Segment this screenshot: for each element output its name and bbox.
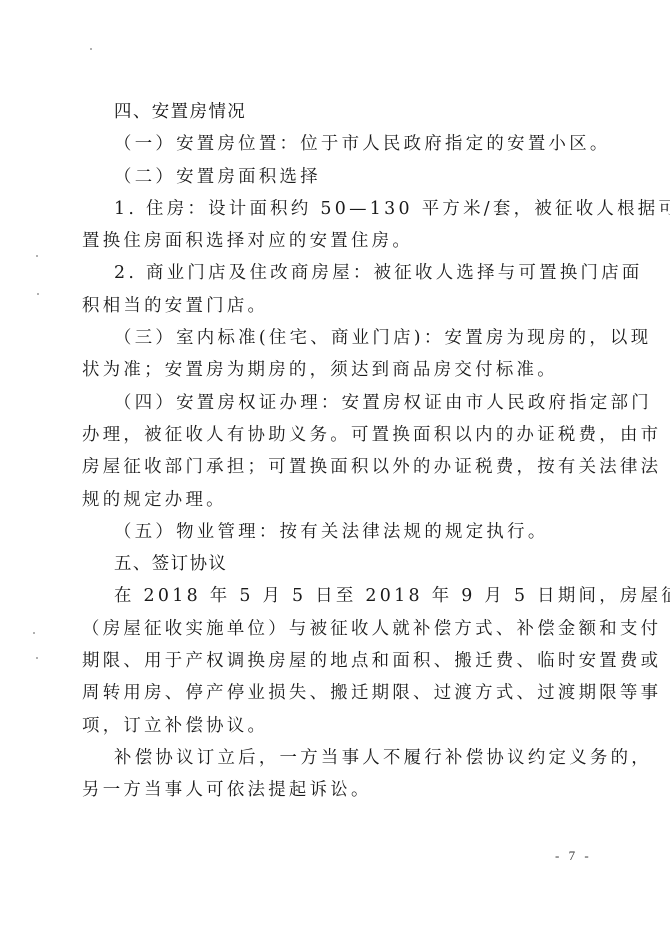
paragraph-agreement-line-1: 在 2018 年 5 月 5 日至 2018 年 9 月 5 日期间，房屋征收部…: [82, 580, 586, 612]
section-heading-agreement: 五、签订协议: [82, 548, 586, 580]
page-number: - 7 -: [555, 848, 592, 864]
paragraph-agreement-line-2: （房屋征收实施单位）与被征收人就补偿方式、补偿金额和支付: [82, 613, 586, 645]
paragraph-title-certificate-line-2: 办理，被征收人有协助义务。可置换面积以内的办证税费，由市: [82, 419, 586, 451]
section-heading-resettlement: 四、安置房情况: [82, 96, 586, 128]
scan-speck: [36, 255, 38, 257]
paragraph-title-certificate-line-3: 房屋征收部门承担；可置换面积以外的办证税费，按有关法律法: [82, 451, 586, 483]
paragraph-interior-standard-line-2: 状为准；安置房为期房的，须达到商品房交付标准。: [82, 354, 586, 386]
scan-speck: [33, 632, 35, 634]
paragraph-location: （一）安置房位置：位于市人民政府指定的安置小区。: [82, 128, 586, 160]
scan-speck: [37, 293, 39, 295]
paragraph-agreement-line-4: 周转用房、停产停业损失、搬迁期限、过渡方式、过渡期限等事: [82, 677, 586, 709]
paragraph-shops-line-1: 2. 商业门店及住改商房屋：被征收人选择与可置换门店面: [82, 257, 586, 289]
scan-speck: [36, 657, 38, 659]
paragraph-property-management: （五）物业管理：按有关法律法规的规定执行。: [82, 516, 586, 548]
paragraph-title-certificate-line-1: （四）安置房权证办理：安置房权证由市人民政府指定部门: [82, 387, 586, 419]
scan-speck: [90, 48, 92, 50]
paragraph-housing-line-2: 置换住房面积选择对应的安置住房。: [82, 225, 586, 257]
paragraph-shops-line-2: 积相当的安置门店。: [82, 290, 586, 322]
paragraph-agreement-line-5: 项，订立补偿协议。: [82, 710, 586, 742]
paragraph-title-certificate-line-4: 规的规定办理。: [82, 484, 586, 516]
paragraph-interior-standard-line-1: （三）室内标准(住宅、商业门店)：安置房为现房的，以现: [82, 322, 586, 354]
paragraph-housing-line-1: 1. 住房：设计面积约 50—130 平方米/套，被征收人根据可: [82, 193, 586, 225]
document-page: 四、安置房情况 （一）安置房位置：位于市人民政府指定的安置小区。 （二）安置房面…: [0, 0, 670, 945]
paragraph-litigation-line-1: 补偿协议订立后，一方当事人不履行补偿协议约定义务的，: [82, 742, 586, 774]
paragraph-litigation-line-2: 另一方当事人可依法提起诉讼。: [82, 774, 586, 806]
paragraph-agreement-line-3: 期限、用于产权调换房屋的地点和面积、搬迁费、临时安置费或: [82, 645, 586, 677]
subheading-area-selection: （二）安置房面积选择: [82, 161, 586, 193]
document-body: 四、安置房情况 （一）安置房位置：位于市人民政府指定的安置小区。 （二）安置房面…: [82, 96, 586, 807]
